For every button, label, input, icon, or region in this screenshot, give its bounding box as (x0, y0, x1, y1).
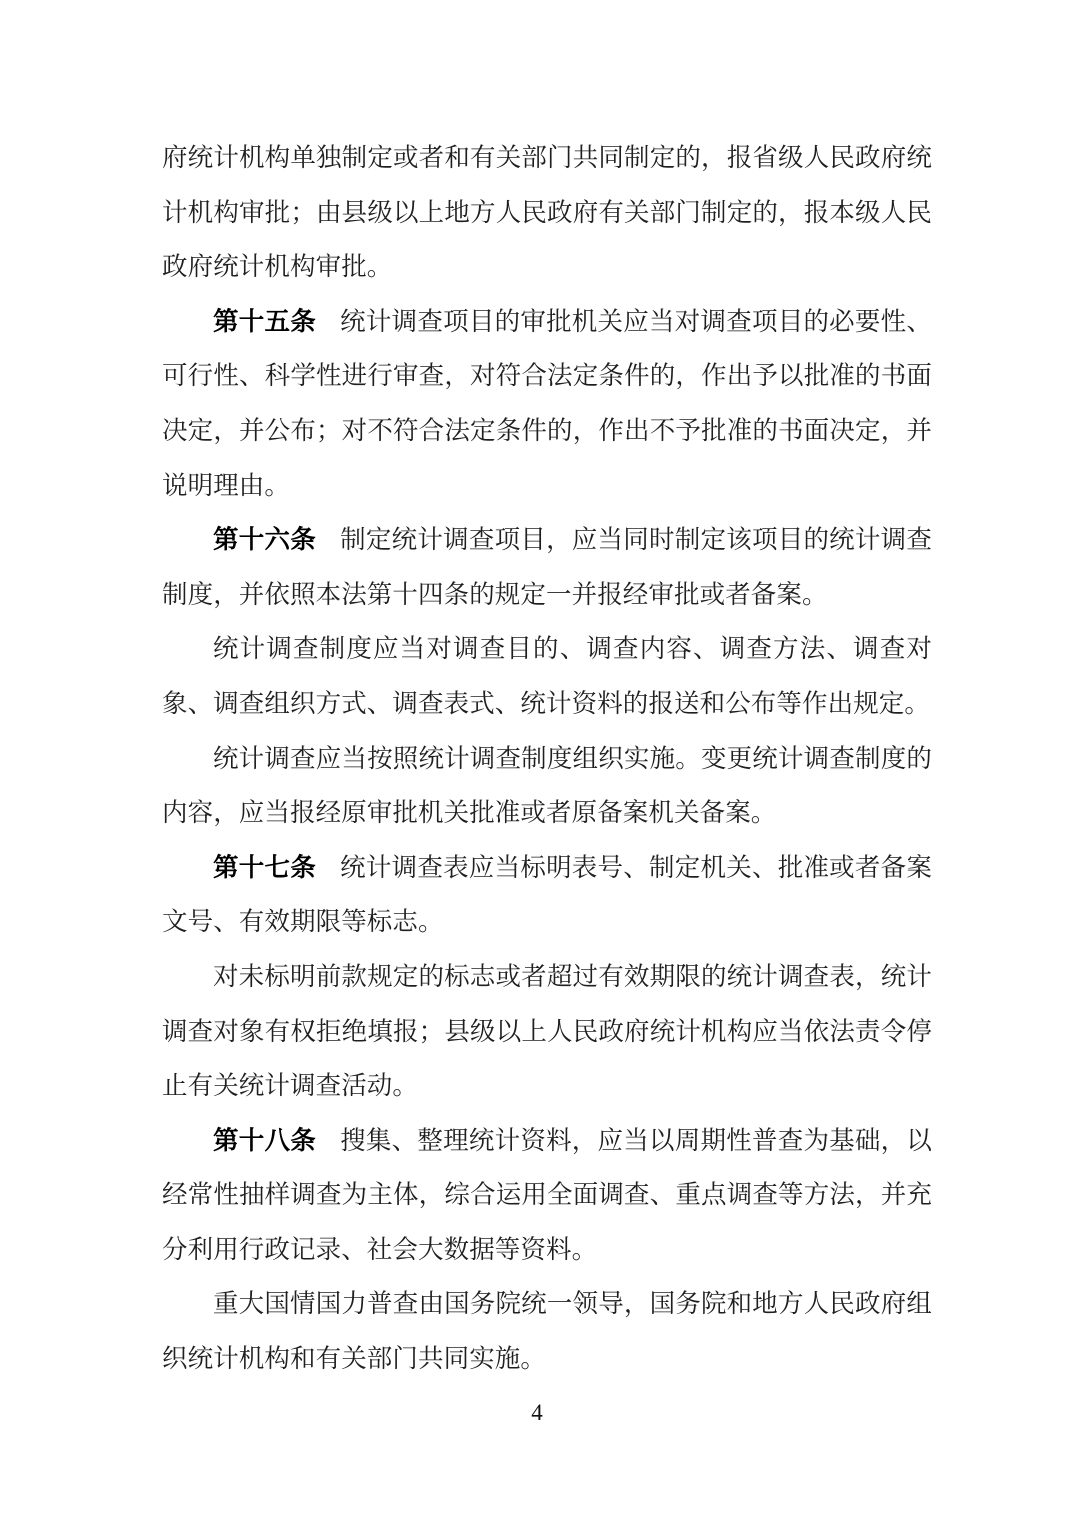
paragraph-text: 统计调查制度应当对调查目的、调查内容、调查方法、调查对象、调查组织方式、调查表式… (162, 634, 932, 718)
article-number-heading: 第十五条 (213, 308, 316, 336)
page-number: 4 (0, 1398, 1074, 1428)
paragraph: 统计调查制度应当对调查目的、调查内容、调查方法、调查对象、调查组织方式、调查表式… (162, 622, 932, 731)
paragraph-text: 统计调查应当按照统计调查制度组织实施。变更统计调查制度的内容，应当报经原审批机关… (162, 744, 932, 828)
paragraph: 第十六条制定统计调查项目，应当同时制定该项目的统计调查制度，并依照本法第十四条的… (162, 513, 932, 622)
article-number-heading: 第十八条 (213, 1127, 316, 1155)
article-number-heading: 第十六条 (213, 526, 316, 554)
paragraph: 重大国情国力普查由国务院统一领导，国务院和地方人民政府组织统计机构和有关部门共同… (162, 1277, 932, 1386)
document-body: 府统计机构单独制定或者和有关部门共同制定的，报省级人民政府统计机构审批；由县级以… (162, 131, 932, 1387)
article-number-heading: 第十七条 (213, 854, 316, 882)
document-page: 府统计机构单独制定或者和有关部门共同制定的，报省级人民政府统计机构审批；由县级以… (0, 0, 1074, 1520)
paragraph-text: 府统计机构单独制定或者和有关部门共同制定的，报省级人民政府统计机构审批；由县级以… (162, 143, 932, 281)
paragraph: 府统计机构单独制定或者和有关部门共同制定的，报省级人民政府统计机构审批；由县级以… (162, 131, 932, 295)
paragraph: 统计调查应当按照统计调查制度组织实施。变更统计调查制度的内容，应当报经原审批机关… (162, 732, 932, 841)
paragraph: 第十五条统计调查项目的审批机关应当对调查项目的必要性、可行性、科学性进行审查，对… (162, 295, 932, 513)
paragraph: 对未标明前款规定的标志或者超过有效期限的统计调查表，统计调查对象有权拒绝填报；县… (162, 950, 932, 1114)
paragraph-text: 重大国情国力普查由国务院统一领导，国务院和地方人民政府组织统计机构和有关部门共同… (162, 1289, 932, 1373)
paragraph-text: 对未标明前款规定的标志或者超过有效期限的统计调查表，统计调查对象有权拒绝填报；县… (162, 962, 932, 1100)
paragraph: 第十七条统计调查表应当标明表号、制定机关、批准或者备案文号、有效期限等标志。 (162, 841, 932, 950)
paragraph: 第十八条搜集、整理统计资料，应当以周期性普查为基础，以经常性抽样调查为主体，综合… (162, 1114, 932, 1278)
